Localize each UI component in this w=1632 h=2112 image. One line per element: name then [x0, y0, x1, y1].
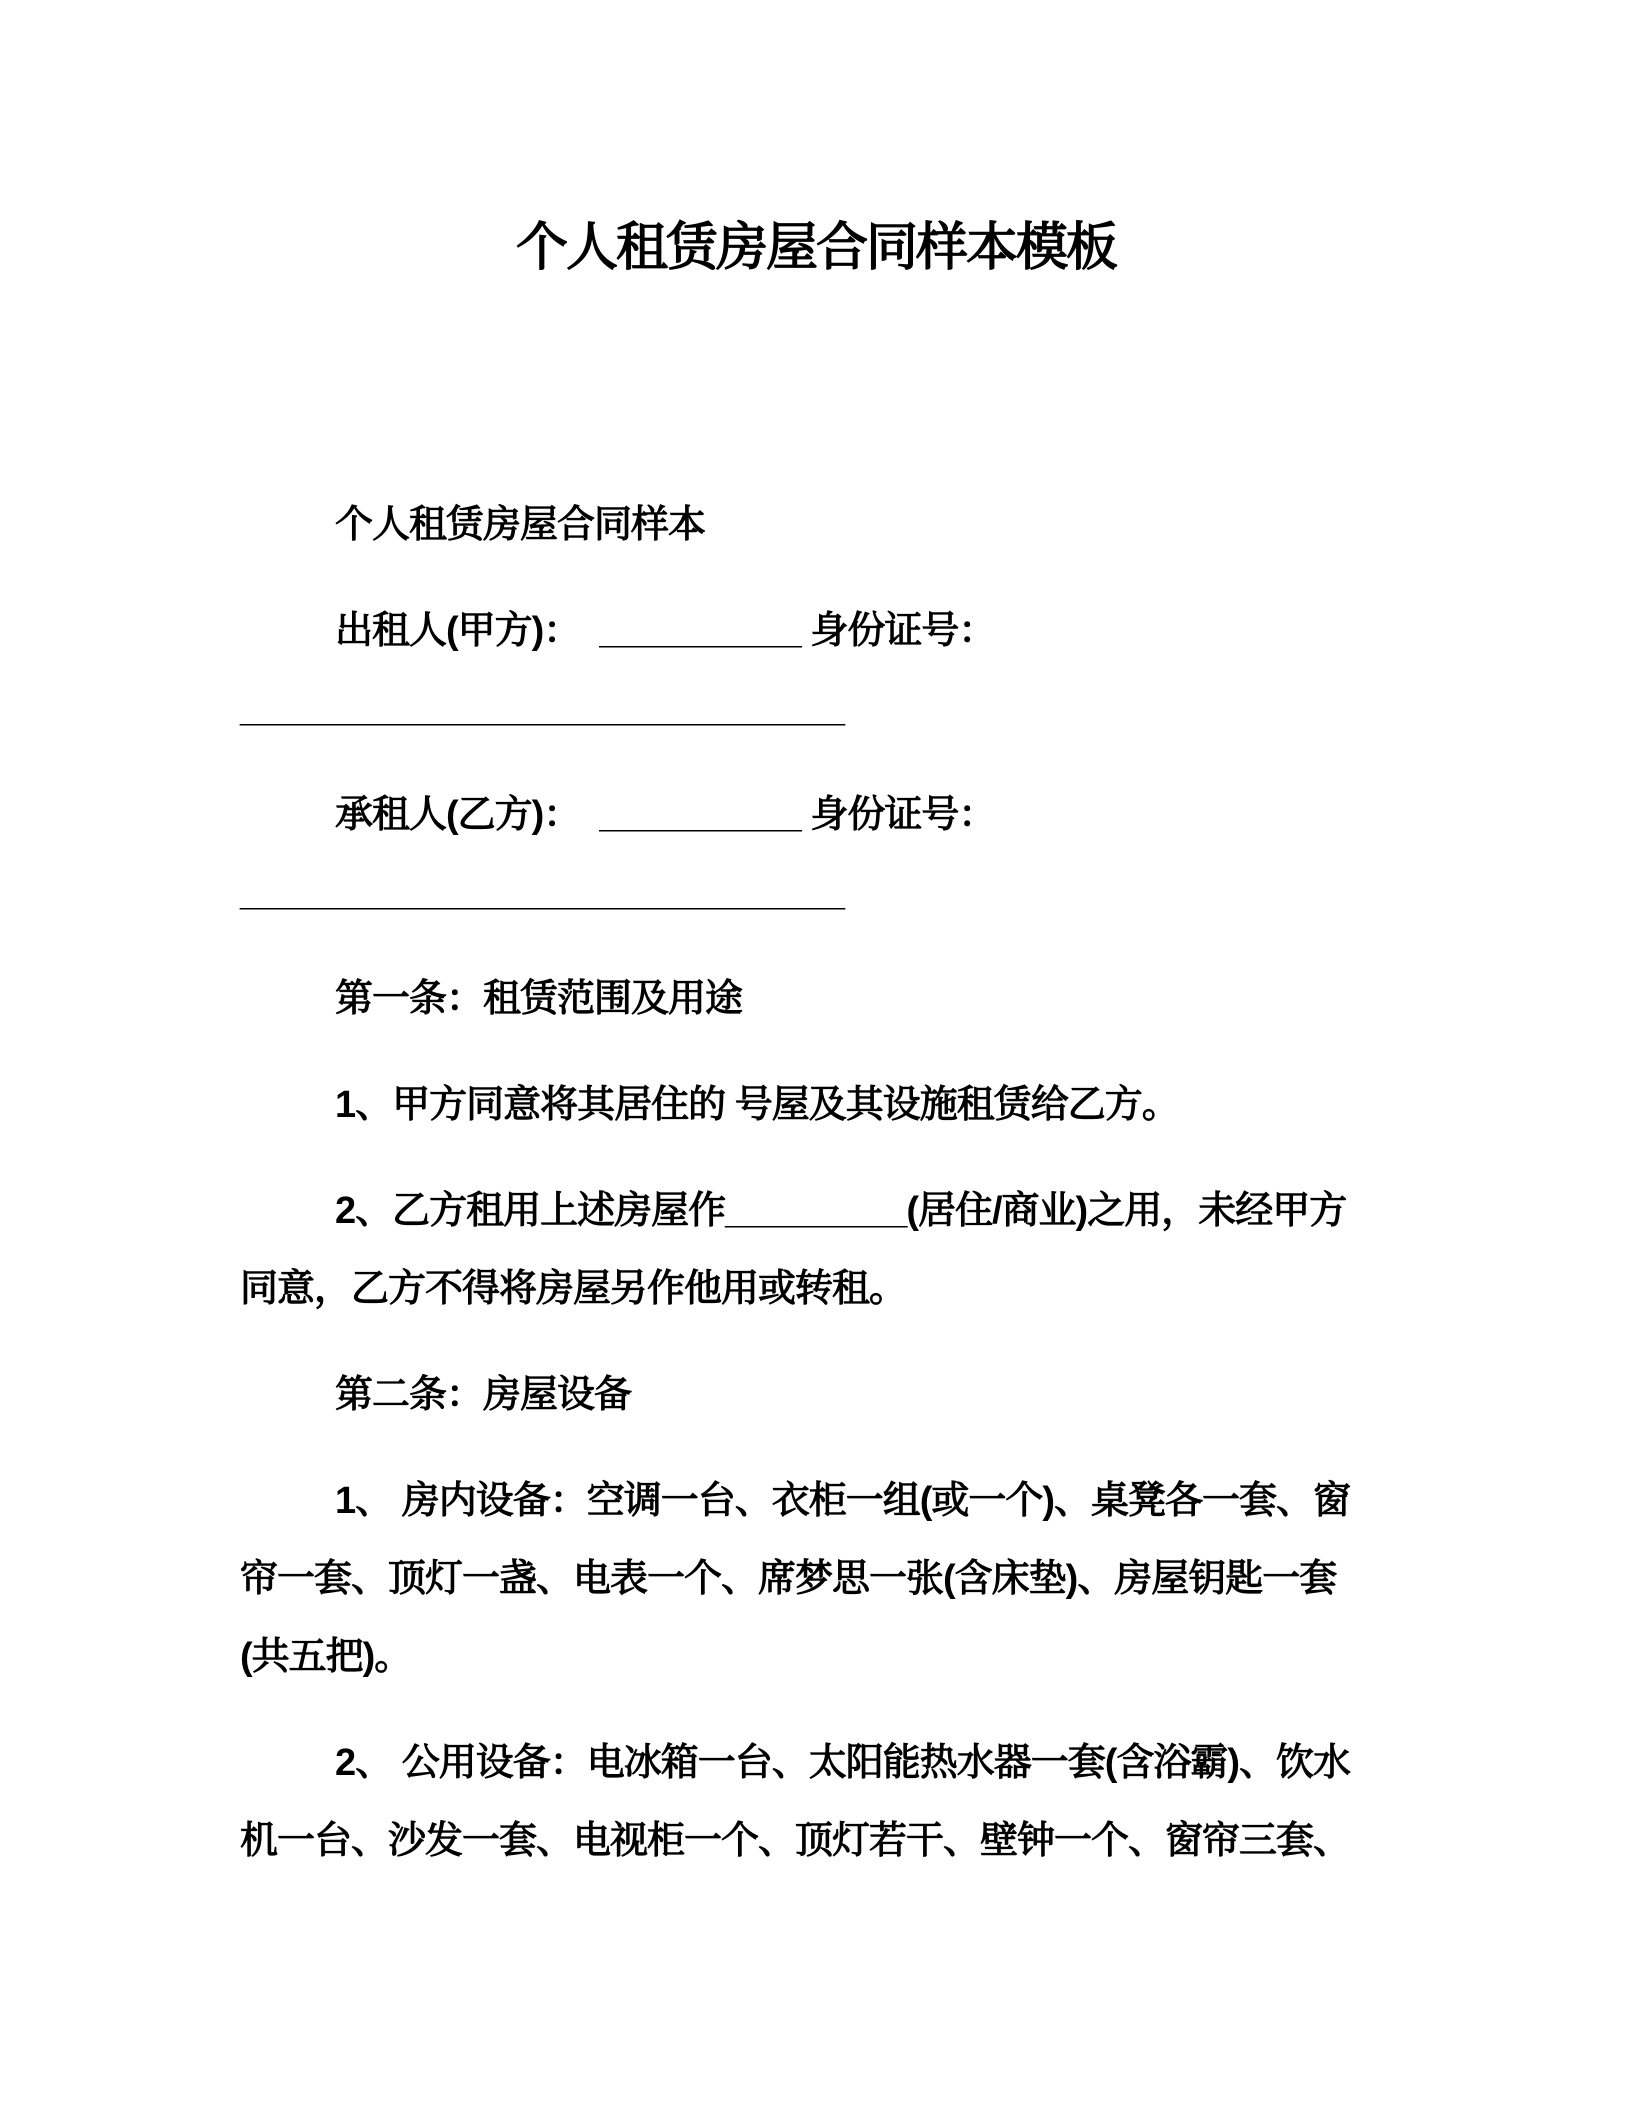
- article1-item2-line1: 2、乙方租用上述房屋作_________(居住/商业)之用，未经甲方: [240, 1172, 1407, 1250]
- document-title: 个人租赁房屋合同样本模板: [0, 0, 1632, 281]
- article2-item2-line1: 2、 公用设备：电冰箱一台、太阳能热水器一套(含浴霸)、饮水: [240, 1724, 1407, 1802]
- article2-item2-line2: 机一台、沙发一套、电视柜一个、顶灯若干、壁钟一个、窗帘三套、: [240, 1802, 1407, 1880]
- paragraph-article1-item1: 1、甲方同意将其居住的 号屋及其设施租赁给乙方。: [240, 1066, 1407, 1144]
- contract-document-page: 个人租赁房屋合同样本模板 个人租赁房屋合同样本 出租人(甲方)： _______…: [0, 0, 1632, 2112]
- article2-item1-line2: 帘一套、顶灯一盏、电表一个、席梦思一张(含床垫)、房屋钥匙一套: [240, 1540, 1407, 1618]
- lessor-blank-line: ______________________________: [240, 670, 1407, 748]
- paragraph-lessee: 承租人(乙方)： __________ 身份证号： ______________…: [240, 776, 1407, 932]
- lessee-label-line: 承租人(乙方)： __________ 身份证号：: [240, 776, 1407, 854]
- paragraph-article1-heading: 第一条：租赁范围及用途: [240, 960, 1407, 1038]
- paragraph-article2-heading: 第二条：房屋设备: [240, 1356, 1407, 1434]
- article2-item1-line3: (共五把)。: [240, 1618, 1407, 1696]
- subtitle-text: 个人租赁房屋合同样本: [240, 486, 1407, 564]
- paragraph-article1-item2: 2、乙方租用上述房屋作_________(居住/商业)之用，未经甲方 同意，乙方…: [240, 1172, 1407, 1328]
- paragraph-article2-item1: 1、 房内设备：空调一台、衣柜一组(或一个)、桌凳各一套、窗 帘一套、顶灯一盏、…: [240, 1462, 1407, 1696]
- article1-item1-text: 1、甲方同意将其居住的 号屋及其设施租赁给乙方。: [240, 1066, 1407, 1144]
- article2-item1-line1: 1、 房内设备：空调一台、衣柜一组(或一个)、桌凳各一套、窗: [240, 1462, 1407, 1540]
- paragraph-article2-item2: 2、 公用设备：电冰箱一台、太阳能热水器一套(含浴霸)、饮水 机一台、沙发一套、…: [240, 1724, 1407, 1880]
- article1-item2-line2: 同意，乙方不得将房屋另作他用或转租。: [240, 1250, 1407, 1328]
- lessor-label-line: 出租人(甲方)： __________ 身份证号：: [240, 592, 1407, 670]
- lessee-blank-line: ______________________________: [240, 854, 1407, 932]
- article1-heading-text: 第一条：租赁范围及用途: [240, 960, 1407, 1038]
- paragraph-subtitle: 个人租赁房屋合同样本: [240, 486, 1407, 564]
- article2-heading-text: 第二条：房屋设备: [240, 1356, 1407, 1434]
- paragraph-lessor: 出租人(甲方)： __________ 身份证号： ______________…: [240, 592, 1407, 748]
- document-body: 个人租赁房屋合同样本 出租人(甲方)： __________ 身份证号： ___…: [0, 486, 1632, 1880]
